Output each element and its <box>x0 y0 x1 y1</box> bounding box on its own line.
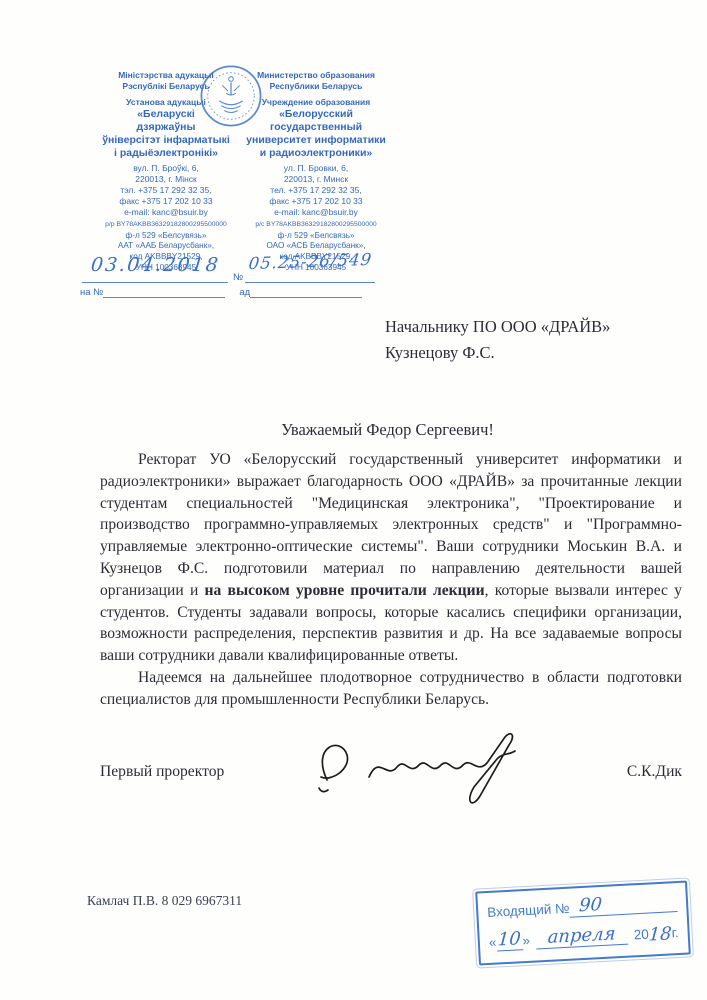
bank-account-line: р/с BY78AKBB36329182800295500000 <box>236 220 396 231</box>
ministry-line: Міністэрства адукацыі <box>86 70 246 81</box>
bank-line: ф-л 529 «Белсувязь» <box>86 231 246 242</box>
handwritten-incoming-number: 90 <box>579 894 603 916</box>
handwritten-number: 05.25-26/549 <box>247 250 372 273</box>
org-type-line: Учреждение образования <box>236 97 396 108</box>
org-name-line: и радиоэлектроники» <box>236 147 396 160</box>
ministry-line: Республики Беларусь <box>236 81 396 92</box>
incoming-number-field: 90 <box>569 890 678 918</box>
address-line: вул. П. Броўкі, 6, <box>86 163 246 174</box>
stamp-number-row: Входящий № 90 <box>487 890 678 922</box>
address-line: тэл. +375 17 292 32 35, <box>86 185 246 196</box>
org-name-line: і радыёэлектронікі» <box>86 147 246 160</box>
addressee-line: Кузнецову Ф.С. <box>385 340 610 366</box>
org-name-line: «Белорусский <box>236 108 396 121</box>
body-text-run: Ректорат УО «Белорусский государственный… <box>100 451 682 599</box>
paragraph: Надеемся на дальнейшее плодотворное сотр… <box>100 667 682 711</box>
address-line: тел. +375 17 292 32 35, <box>236 185 396 196</box>
reply-number-blank <box>103 297 225 298</box>
letterhead-russian-column: Министерство образования Республики Бела… <box>236 70 396 274</box>
org-name-line: ўніверсітэт інфарматыкі <box>86 134 246 147</box>
org-name-line: «Беларускі <box>86 108 246 121</box>
paragraph: Ректорат УО «Белорусский государственный… <box>100 449 682 667</box>
outgoing-date-field: 03.04.2018 <box>82 254 228 283</box>
ministry-line: Министерство образования <box>236 70 396 81</box>
incoming-stamp: Входящий № 90 « 10 » апреля 20 18 г. <box>475 881 691 966</box>
ministry-line: Рэспублікі Беларусь <box>86 81 246 92</box>
bank-account-line: р/р BY78AKBB36329182800295500000 <box>86 220 246 231</box>
incoming-number-label: Входящий № <box>487 901 570 922</box>
signer-name: С.К.Дик <box>100 763 682 781</box>
org-name-line: дзяржаўны <box>86 121 246 134</box>
incoming-month-field: апреля <box>535 923 628 950</box>
addressee-line: Начальнику ПО ООО «ДРАЙВ» <box>385 314 610 340</box>
salutation: Уважаемый Федор Сергеевич! <box>100 420 675 440</box>
address-line: ул. П. Бровки, 6, <box>236 163 396 174</box>
address-block: вул. П. Броўкі, 6, 220013, г. Мінск тэл.… <box>86 163 246 218</box>
number-sign-label: № <box>233 272 243 283</box>
address-line: e-mail: kanc@bsuir.by <box>236 207 396 218</box>
addressee-block: Начальнику ПО ООО «ДРАЙВ» Кузнецову Ф.С. <box>385 314 610 366</box>
body-bold-run: на высоком уровне прочитали лекции <box>205 582 485 599</box>
address-line: факс +375 17 202 10 33 <box>236 196 396 207</box>
reply-date-label: ад <box>239 287 250 298</box>
letter-body: Ректорат УО «Белорусский государственный… <box>100 449 682 711</box>
outgoing-number-field: 05.25-26/549 <box>245 252 375 283</box>
letterhead-belarusian-column: Міністэрства адукацыі Рэспублікі Беларус… <box>86 70 246 274</box>
quote-close: » <box>522 933 530 950</box>
org-name-line: университет информатики <box>236 134 396 147</box>
address-block: ул. П. Бровки, 6, 220013, г. Минск тел. … <box>236 163 396 218</box>
org-type-line: Установа адукацыі <box>86 97 246 108</box>
handwritten-date: 03.04.2018 <box>89 254 220 276</box>
executor-contact: Камлач П.В. 8 029 6967311 <box>87 893 242 909</box>
handwritten-year: 18 <box>648 923 672 945</box>
handwritten-month: апреля <box>547 923 616 948</box>
address-line: факс +375 17 202 10 33 <box>86 196 246 207</box>
handwritten-day: 10 <box>497 928 521 950</box>
year-label: г. <box>671 925 679 942</box>
bank-line: ф-л 529 «Белсвязь» <box>236 231 396 242</box>
year-prefix: 20 <box>633 927 649 945</box>
incoming-day-field: 10 <box>496 928 523 951</box>
address-line: 220013, г. Минск <box>236 174 396 185</box>
address-line: e-mail: kanc@bsuir.by <box>86 207 246 218</box>
address-line: 220013, г. Мінск <box>86 174 246 185</box>
org-name-line: государственный <box>236 121 396 134</box>
reply-to-label: на № <box>80 287 103 298</box>
bank-line: ААТ «ААБ Беларусбанк», <box>86 241 246 252</box>
scanned-letter-page: Міністэрства адукацыі Рэспублікі Беларус… <box>0 0 707 1000</box>
reply-reference-line: на №ад <box>80 287 380 298</box>
stamp-date-row: « 10 » апреля 20 18 г. <box>488 920 679 952</box>
reply-date-blank <box>250 297 362 298</box>
